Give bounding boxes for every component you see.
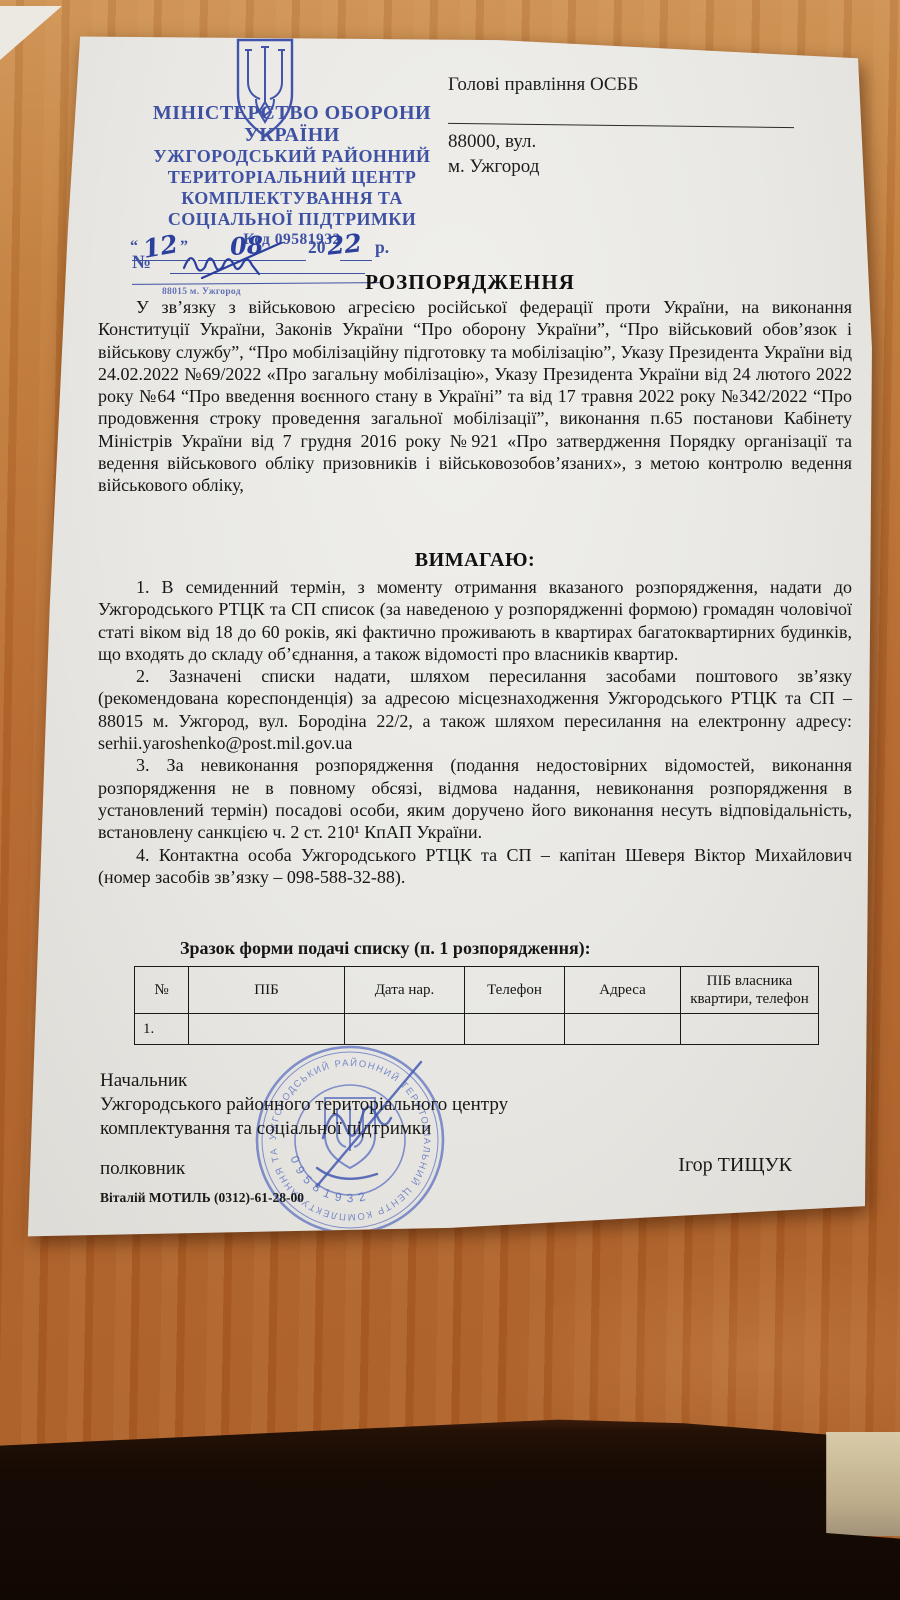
sample-form-label: Зразок форми подачі списку (п. 1 розпоря… <box>180 938 591 959</box>
photo-scene: МІНІСТЕРСТВО ОБОРОНИ УКРАЇНИ УЖГОРОДСЬКИ… <box>0 0 900 1600</box>
letterhead: МІНІСТЕРСТВО ОБОРОНИ УКРАЇНИ УЖГОРОДСЬКИ… <box>82 102 502 250</box>
recipient-line2: 88000, вул. <box>448 131 536 153</box>
item-4: 4. Контактна особа Ужгородського РТЦК та… <box>98 844 852 889</box>
col-header-owner: ПІБ власника квартири, телефон <box>681 967 819 1014</box>
col-header-phone: Телефон <box>465 967 565 1014</box>
letterhead-org-line: КОМПЛЕКТУВАННЯ ТА <box>82 188 502 209</box>
recipient-line1: Голові правління ОСББ <box>448 74 638 96</box>
signatory-position-line3: комплектування та соціальної підтримки <box>100 1118 431 1140</box>
letterhead-org-line: УКРАЇНИ <box>82 124 502 146</box>
cell-number: 1. <box>135 1014 189 1045</box>
document-paper: МІНІСТЕРСТВО ОБОРОНИ УКРАЇНИ УЖГОРОДСЬКИ… <box>20 28 892 1240</box>
item-3: 3. За невиконання розпорядження (подання… <box>98 754 852 843</box>
document-title: РОЗПОРЯДЖЕННЯ <box>270 270 670 295</box>
letterhead-org-line: УЖГОРОДСЬКИЙ РАЙОННИЙ <box>82 146 502 167</box>
col-header-address: Адреса <box>565 967 681 1014</box>
letterhead-org-line: ТЕРИТОРІАЛЬНИЙ ЦЕНТР <box>82 167 502 188</box>
paragraph-text: У зв’язку з військовою агресією російськ… <box>98 296 852 497</box>
signatory-position-line2: Ужгородського районного територіального … <box>100 1094 508 1116</box>
col-header-name: ПІБ <box>189 967 345 1014</box>
signatory-name: Ігор ТИЩУК <box>580 1154 792 1177</box>
table-header-row: № ПІБ Дата нар. Телефон Адреса ПІБ власн… <box>135 967 819 1014</box>
item-2: 2. Зазначені списки надати, шляхом перес… <box>98 665 852 754</box>
signatory-position-line1: Начальник <box>100 1070 187 1092</box>
executor-contact: Віталій МОТИЛЬ (0312)-61-28-00 <box>100 1190 304 1206</box>
demand-items: 1. В семиденний термін, з моменту отрима… <box>98 576 852 888</box>
letterhead-org-line: СОЦІАЛЬНОЇ ПІДТРИМКИ <box>82 209 502 230</box>
document-wrapper: МІНІСТЕРСТВО ОБОРОНИ УКРАЇНИ УЖГОРОДСЬКИ… <box>0 0 900 1600</box>
demand-heading: ВИМАГАЮ: <box>98 549 852 572</box>
item-1: 1. В семиденний термін, з моменту отрима… <box>98 576 852 665</box>
col-header-birthdate: Дата нар. <box>345 967 465 1014</box>
cell-address <box>565 1014 681 1045</box>
cell-phone <box>465 1014 565 1045</box>
signatory-rank: полковник <box>100 1158 185 1180</box>
preamble-paragraph: У зв’язку з військовою агресією російськ… <box>98 296 852 497</box>
col-header-number: № <box>135 967 189 1014</box>
letterhead-org-line: МІНІСТЕРСТВО ОБОРОНИ <box>82 102 502 124</box>
recipient-line3: м. Ужгород <box>448 156 539 178</box>
number-label: № <box>132 252 151 274</box>
cell-owner <box>681 1014 819 1045</box>
